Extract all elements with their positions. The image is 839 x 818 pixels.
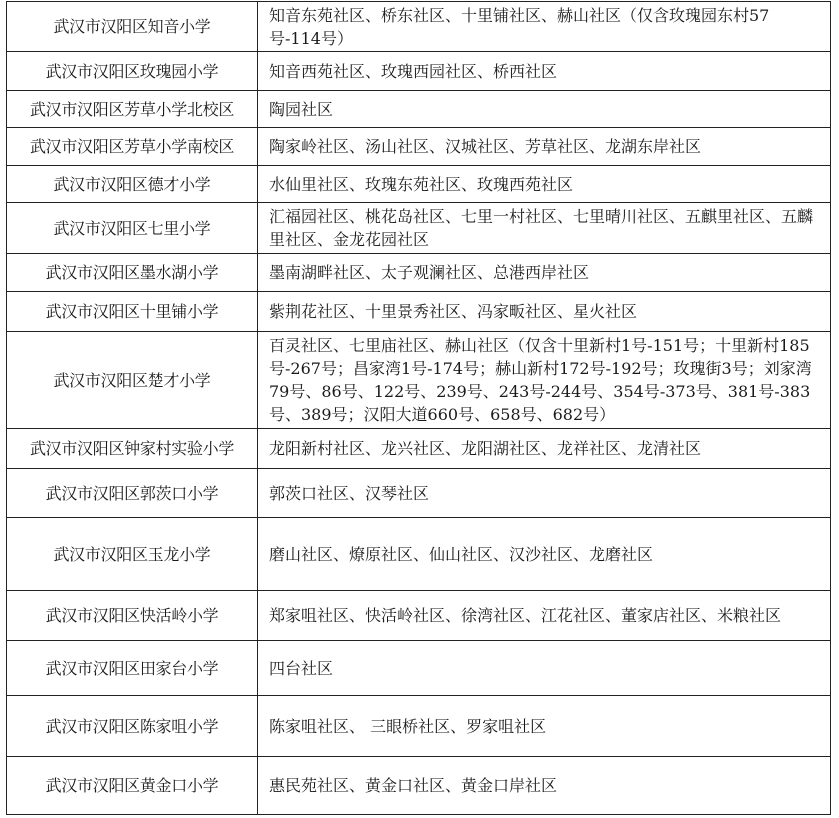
catchment-area-cell: 惠民苑社区、黄金口社区、黄金口岸社区 (258, 757, 831, 815)
school-zone-table: 武汉市汉阳区知音小学知音东苑社区、桥东社区、十里铺社区、赫山社区（仅含玫瑰园东村… (6, 1, 831, 815)
catchment-area-cell: 汇福园社区、桃花岛社区、七里一村社区、七里晴川社区、五麒里社区、五麟里社区、金龙… (258, 203, 831, 254)
table-body: 武汉市汉阳区知音小学知音东苑社区、桥东社区、十里铺社区、赫山社区（仅含玫瑰园东村… (7, 2, 831, 815)
catchment-area-cell: 墨南湖畔社区、太子观澜社区、总港西岸社区 (258, 254, 831, 292)
catchment-area-cell: 郑家咀社区、快活岭社区、徐湾社区、江花社区、董家店社区、米粮社区 (258, 591, 831, 641)
catchment-area-cell: 郭茨口社区、汉琴社区 (258, 469, 831, 518)
school-name-cell: 武汉市汉阳区楚才小学 (7, 332, 258, 429)
table-row: 武汉市汉阳区钟家村实验小学龙阳新村社区、龙兴社区、龙阳湖社区、龙祥社区、龙清社区 (7, 429, 831, 469)
table-row: 武汉市汉阳区快活岭小学郑家咀社区、快活岭社区、徐湾社区、江花社区、董家店社区、米… (7, 591, 831, 641)
school-name-cell: 武汉市汉阳区芳草小学南校区 (7, 128, 258, 166)
school-name-cell: 武汉市汉阳区十里铺小学 (7, 292, 258, 332)
table-row: 武汉市汉阳区玫瑰园小学知音西苑社区、玫瑰西园社区、桥西社区 (7, 52, 831, 91)
catchment-area-cell: 龙阳新村社区、龙兴社区、龙阳湖社区、龙祥社区、龙清社区 (258, 429, 831, 469)
table-row: 武汉市汉阳区郭茨口小学郭茨口社区、汉琴社区 (7, 469, 831, 518)
table-row: 武汉市汉阳区十里铺小学紫荆花社区、十里景秀社区、冯家畈社区、星火社区 (7, 292, 831, 332)
table-row: 武汉市汉阳区芳草小学南校区陶家岭社区、汤山社区、汉城社区、芳草社区、龙湖东岸社区 (7, 128, 831, 166)
table-row: 武汉市汉阳区墨水湖小学墨南湖畔社区、太子观澜社区、总港西岸社区 (7, 254, 831, 292)
school-name-cell: 武汉市汉阳区钟家村实验小学 (7, 429, 258, 469)
table-row: 武汉市汉阳区楚才小学百灵社区、七里庙社区、赫山社区（仅含十里新村1号-151号；… (7, 332, 831, 429)
table-row: 武汉市汉阳区玉龙小学磨山社区、燎原社区、仙山社区、汉沙社区、龙磨社区 (7, 518, 831, 591)
school-name-cell: 武汉市汉阳区知音小学 (7, 2, 258, 52)
catchment-area-cell: 磨山社区、燎原社区、仙山社区、汉沙社区、龙磨社区 (258, 518, 831, 591)
school-name-cell: 武汉市汉阳区七里小学 (7, 203, 258, 254)
catchment-area-cell: 紫荆花社区、十里景秀社区、冯家畈社区、星火社区 (258, 292, 831, 332)
table-row: 武汉市汉阳区知音小学知音东苑社区、桥东社区、十里铺社区、赫山社区（仅含玫瑰园东村… (7, 2, 831, 52)
table-row: 武汉市汉阳区黄金口小学惠民苑社区、黄金口社区、黄金口岸社区 (7, 757, 831, 815)
school-name-cell: 武汉市汉阳区芳草小学北校区 (7, 91, 258, 128)
school-name-cell: 武汉市汉阳区黄金口小学 (7, 757, 258, 815)
catchment-area-cell: 知音东苑社区、桥东社区、十里铺社区、赫山社区（仅含玫瑰园东村57号-114号） (258, 2, 831, 52)
catchment-area-cell: 水仙里社区、玫瑰东苑社区、玫瑰西苑社区 (258, 166, 831, 203)
catchment-area-cell: 知音西苑社区、玫瑰西园社区、桥西社区 (258, 52, 831, 91)
school-name-cell: 武汉市汉阳区陈家咀小学 (7, 696, 258, 757)
school-name-cell: 武汉市汉阳区田家台小学 (7, 641, 258, 696)
school-name-cell: 武汉市汉阳区玫瑰园小学 (7, 52, 258, 91)
table-row: 武汉市汉阳区德才小学水仙里社区、玫瑰东苑社区、玫瑰西苑社区 (7, 166, 831, 203)
catchment-area-cell: 陶家岭社区、汤山社区、汉城社区、芳草社区、龙湖东岸社区 (258, 128, 831, 166)
catchment-area-cell: 陈家咀社区、 三眼桥社区、罗家咀社区 (258, 696, 831, 757)
catchment-area-cell: 四台社区 (258, 641, 831, 696)
school-name-cell: 武汉市汉阳区墨水湖小学 (7, 254, 258, 292)
school-name-cell: 武汉市汉阳区德才小学 (7, 166, 258, 203)
catchment-area-cell: 陶园社区 (258, 91, 831, 128)
school-name-cell: 武汉市汉阳区快活岭小学 (7, 591, 258, 641)
school-name-cell: 武汉市汉阳区玉龙小学 (7, 518, 258, 591)
table-row: 武汉市汉阳区芳草小学北校区陶园社区 (7, 91, 831, 128)
school-name-cell: 武汉市汉阳区郭茨口小学 (7, 469, 258, 518)
table-row: 武汉市汉阳区田家台小学四台社区 (7, 641, 831, 696)
catchment-area-cell: 百灵社区、七里庙社区、赫山社区（仅含十里新村1号-151号；十里新村185号-2… (258, 332, 831, 429)
table-row: 武汉市汉阳区七里小学汇福园社区、桃花岛社区、七里一村社区、七里晴川社区、五麒里社… (7, 203, 831, 254)
table-row: 武汉市汉阳区陈家咀小学陈家咀社区、 三眼桥社区、罗家咀社区 (7, 696, 831, 757)
